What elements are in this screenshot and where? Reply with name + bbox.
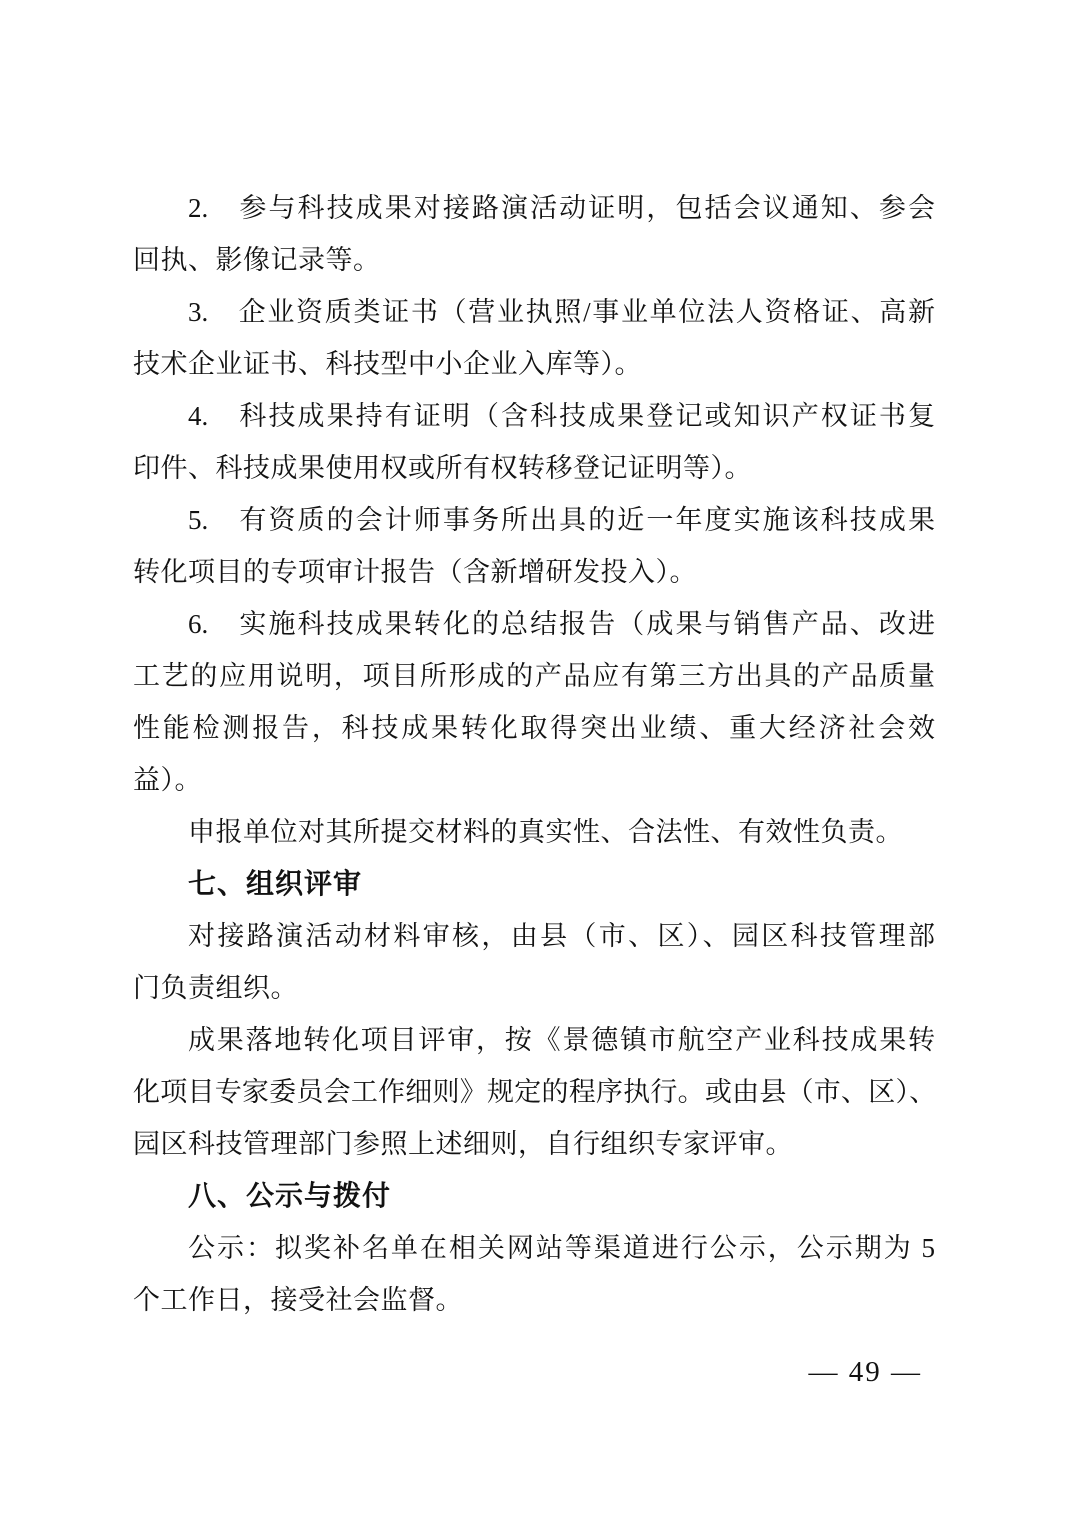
paragraph-line: 5. 有资质的会计师事务所出具的近一年度实施该科技成果 (133, 494, 935, 546)
paragraph-line: 门负责组织。 (133, 962, 935, 1014)
paragraph-line: 园区科技管理部门参照上述细则，自行组织专家评审。 (133, 1118, 935, 1170)
paragraph-line: 公示：拟奖补名单在相关网站等渠道进行公示，公示期为 5 (133, 1222, 935, 1274)
paragraph-line: 性能检测报告，科技成果转化取得突出业绩、重大经济社会效 (133, 702, 935, 754)
paragraph-line: 3. 企业资质类证书（营业执照/事业单位法人资格证、高新 (133, 286, 935, 338)
paragraph-line: 工艺的应用说明，项目所形成的产品应有第三方出具的产品质量 (133, 650, 935, 702)
paragraph-line: 技术企业证书、科技型中小企业入库等）。 (133, 338, 935, 390)
paragraph-line: 成果落地转化项目评审，按《景德镇市航空产业科技成果转 (133, 1014, 935, 1066)
paragraph-line: 回执、影像记录等。 (133, 234, 935, 286)
paragraph-line: 转化项目的专项审计报告（含新增研发投入）。 (133, 546, 935, 598)
paragraph-line: 印件、科技成果使用权或所有权转移登记证明等）。 (133, 442, 935, 494)
page-number: — 49 — (809, 1352, 923, 1392)
paragraph-line: 4. 科技成果持有证明（含科技成果登记或知识产权证书复 (133, 390, 935, 442)
document-body: 2. 参与科技成果对接路演活动证明，包括会议通知、参会 回执、影像记录等。 3.… (133, 182, 935, 1326)
paragraph-line: 2. 参与科技成果对接路演活动证明，包括会议通知、参会 (133, 182, 935, 234)
paragraph-line: 对接路演活动材料审核，由县（市、区）、园区科技管理部 (133, 910, 935, 962)
paragraph-line: 化项目专家委员会工作细则》规定的程序执行。或由县（市、区）、 (133, 1066, 935, 1118)
paragraph-line: 个工作日，接受社会监督。 (133, 1274, 935, 1326)
document-page: 2. 参与科技成果对接路演活动证明，包括会议通知、参会 回执、影像记录等。 3.… (0, 0, 1074, 1520)
paragraph-line: 益）。 (133, 754, 935, 806)
section-heading-7: 七、组织评审 (133, 858, 935, 910)
section-heading-8: 八、公示与拨付 (133, 1170, 935, 1222)
paragraph-line: 申报单位对其所提交材料的真实性、合法性、有效性负责。 (133, 806, 935, 858)
paragraph-line: 6. 实施科技成果转化的总结报告（成果与销售产品、改进 (133, 598, 935, 650)
